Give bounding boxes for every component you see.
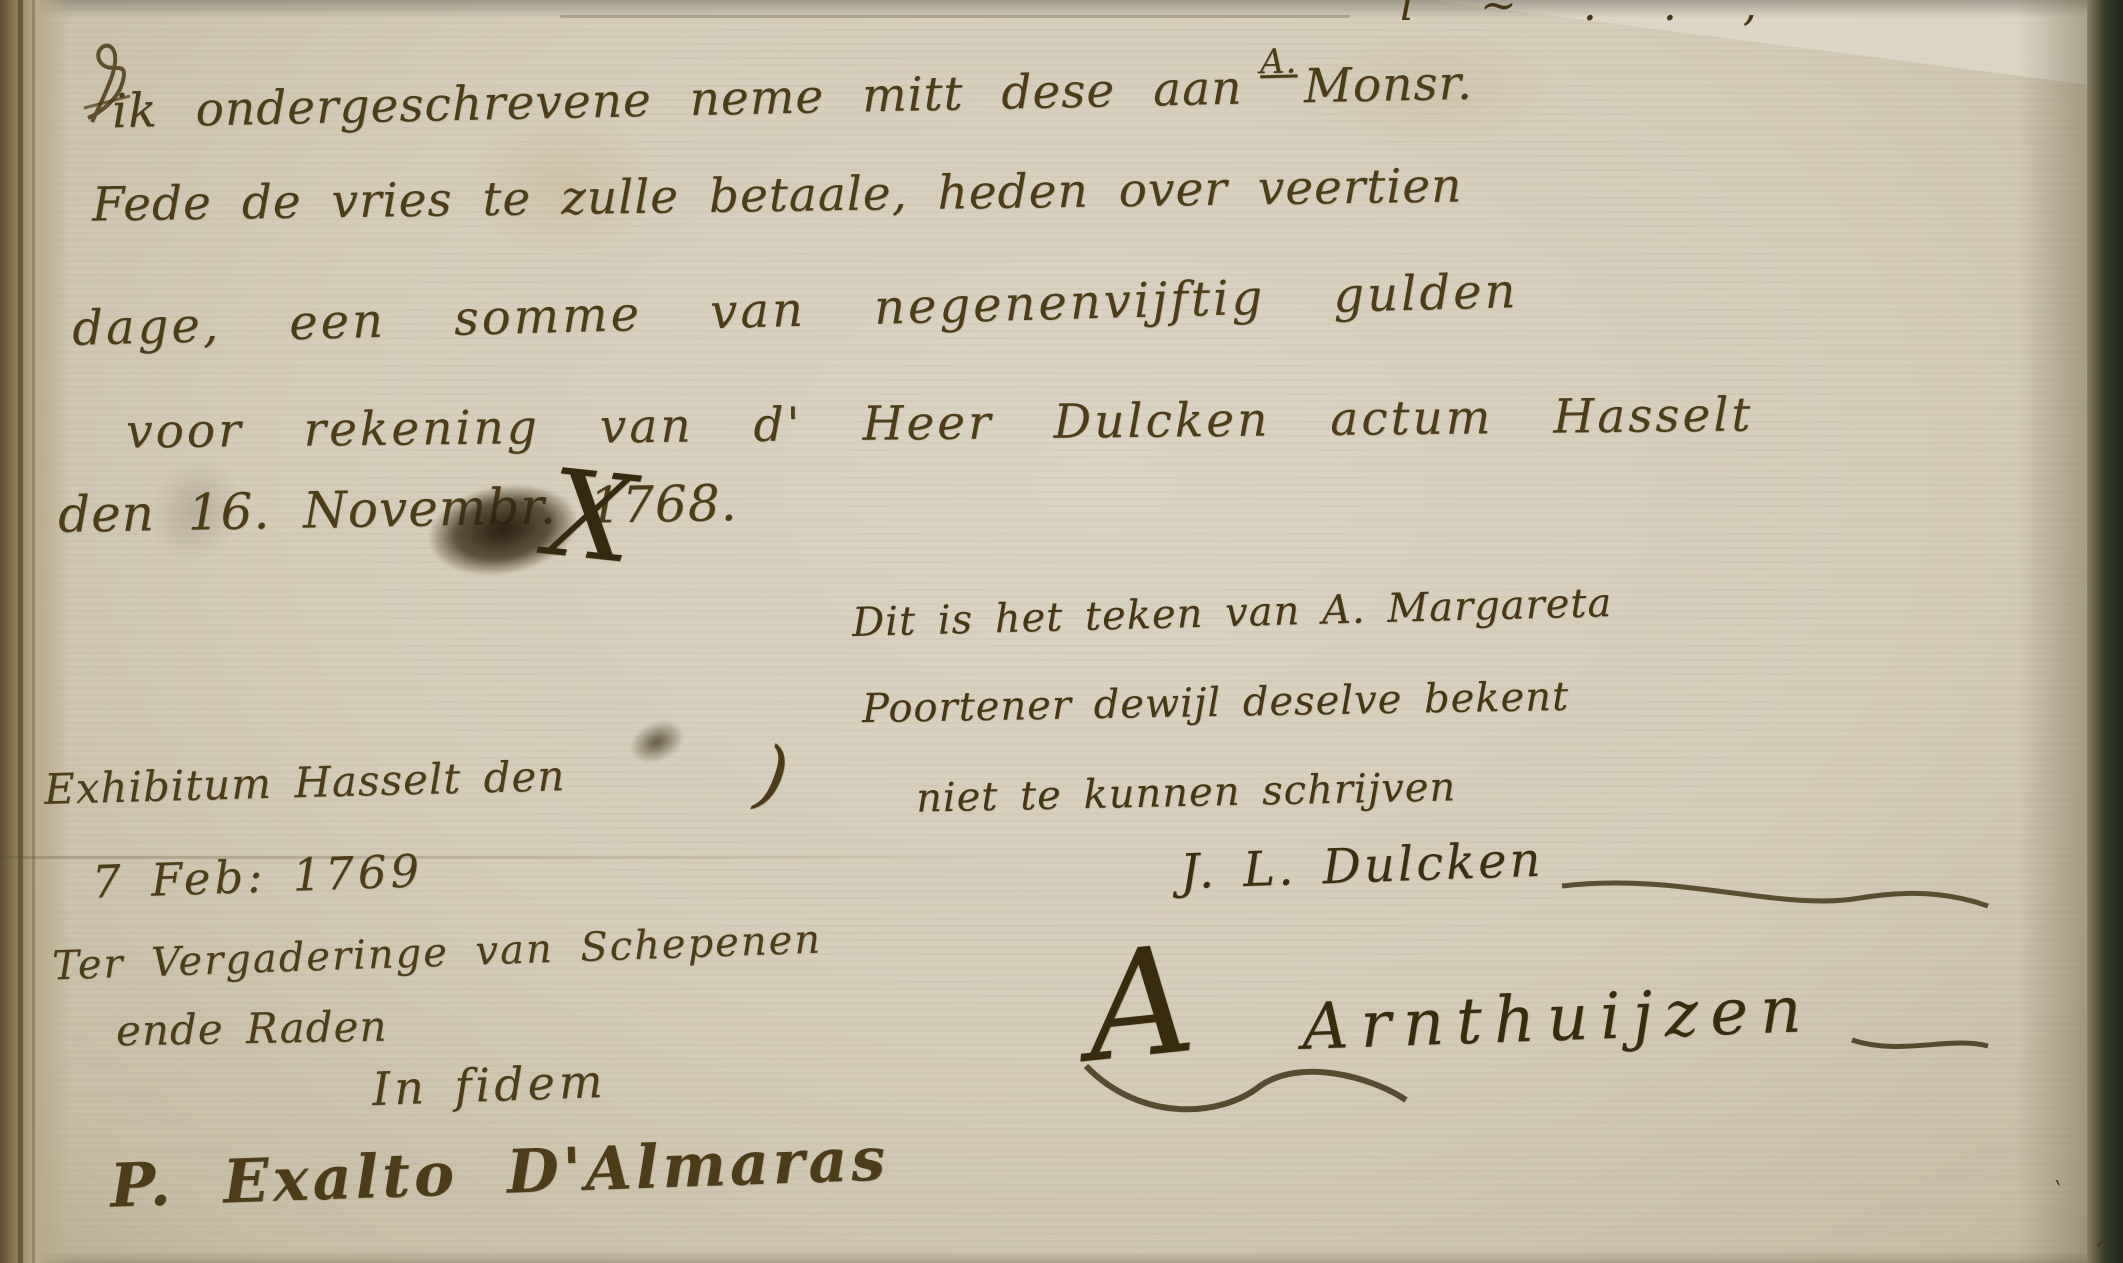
body-line-3: dage, een somme van negenenvijftig gulde… bbox=[72, 263, 1520, 357]
body-line-1-text: ik ondergeschrevene neme mitt dese aan bbox=[112, 61, 1243, 140]
mark-note-line-1: Dit is het teken van A. Margareta bbox=[852, 580, 1613, 646]
signature-huijzen: Arnthuijzen bbox=[1301, 973, 1815, 1065]
body-line-4: voor rekening van d' Heer Dulcken actum … bbox=[126, 387, 1754, 459]
mark-note-line-3: niet te kunnen schrijven bbox=[916, 764, 1457, 821]
flourish-paren: ) bbox=[751, 728, 797, 821]
registration-line-3: Ter Vergaderinge van Schepenen bbox=[51, 917, 822, 990]
cut-off-previous-line bbox=[560, 15, 1350, 18]
page-right-shadow bbox=[2018, 0, 2088, 1263]
signature-flourish bbox=[1560, 868, 1990, 918]
body-line-1: ik ondergeschrevene neme mitt dese aanA.… bbox=[112, 56, 1474, 139]
registration-date: 7 Feb: 1769 bbox=[91, 844, 424, 909]
body-line-1-end: Monsr. bbox=[1303, 56, 1473, 115]
ink-smudge bbox=[622, 712, 691, 773]
page-bottom-edge bbox=[0, 1251, 2123, 1263]
mark-note-line-2: Poortener dewijl deselve bekent bbox=[862, 674, 1570, 732]
scan-background-right-edge bbox=[2087, 0, 2123, 1263]
document-scan: l ~ . . , ik ondergeschrevene neme mitt … bbox=[0, 0, 2123, 1263]
body-line-2: Fede de vries te zulle betaale, heden ov… bbox=[92, 158, 1463, 232]
signature-cross-mark: X bbox=[542, 454, 641, 582]
binding-fold-line bbox=[32, 0, 35, 1263]
signature-flourish bbox=[1850, 1030, 1990, 1060]
binding-edge bbox=[0, 0, 70, 1263]
monogram-flourish bbox=[1080, 1056, 1410, 1126]
previous-entry-fragment: l ~ . . , bbox=[1400, 0, 1860, 26]
registration-line-1: Exhibitum Hasselt den bbox=[43, 751, 565, 814]
registration-in-fidem: In fidem bbox=[371, 1054, 607, 1116]
signature-dulcken: J. L. Dulcken bbox=[1179, 832, 1544, 901]
binding-fold-line bbox=[18, 0, 23, 1263]
signature-exalto-dalmaras: P. Exalto D'Almaras bbox=[109, 1124, 890, 1221]
registration-line-4: ende Raden bbox=[116, 1002, 388, 1056]
superscript-a: A. bbox=[1259, 41, 1297, 82]
